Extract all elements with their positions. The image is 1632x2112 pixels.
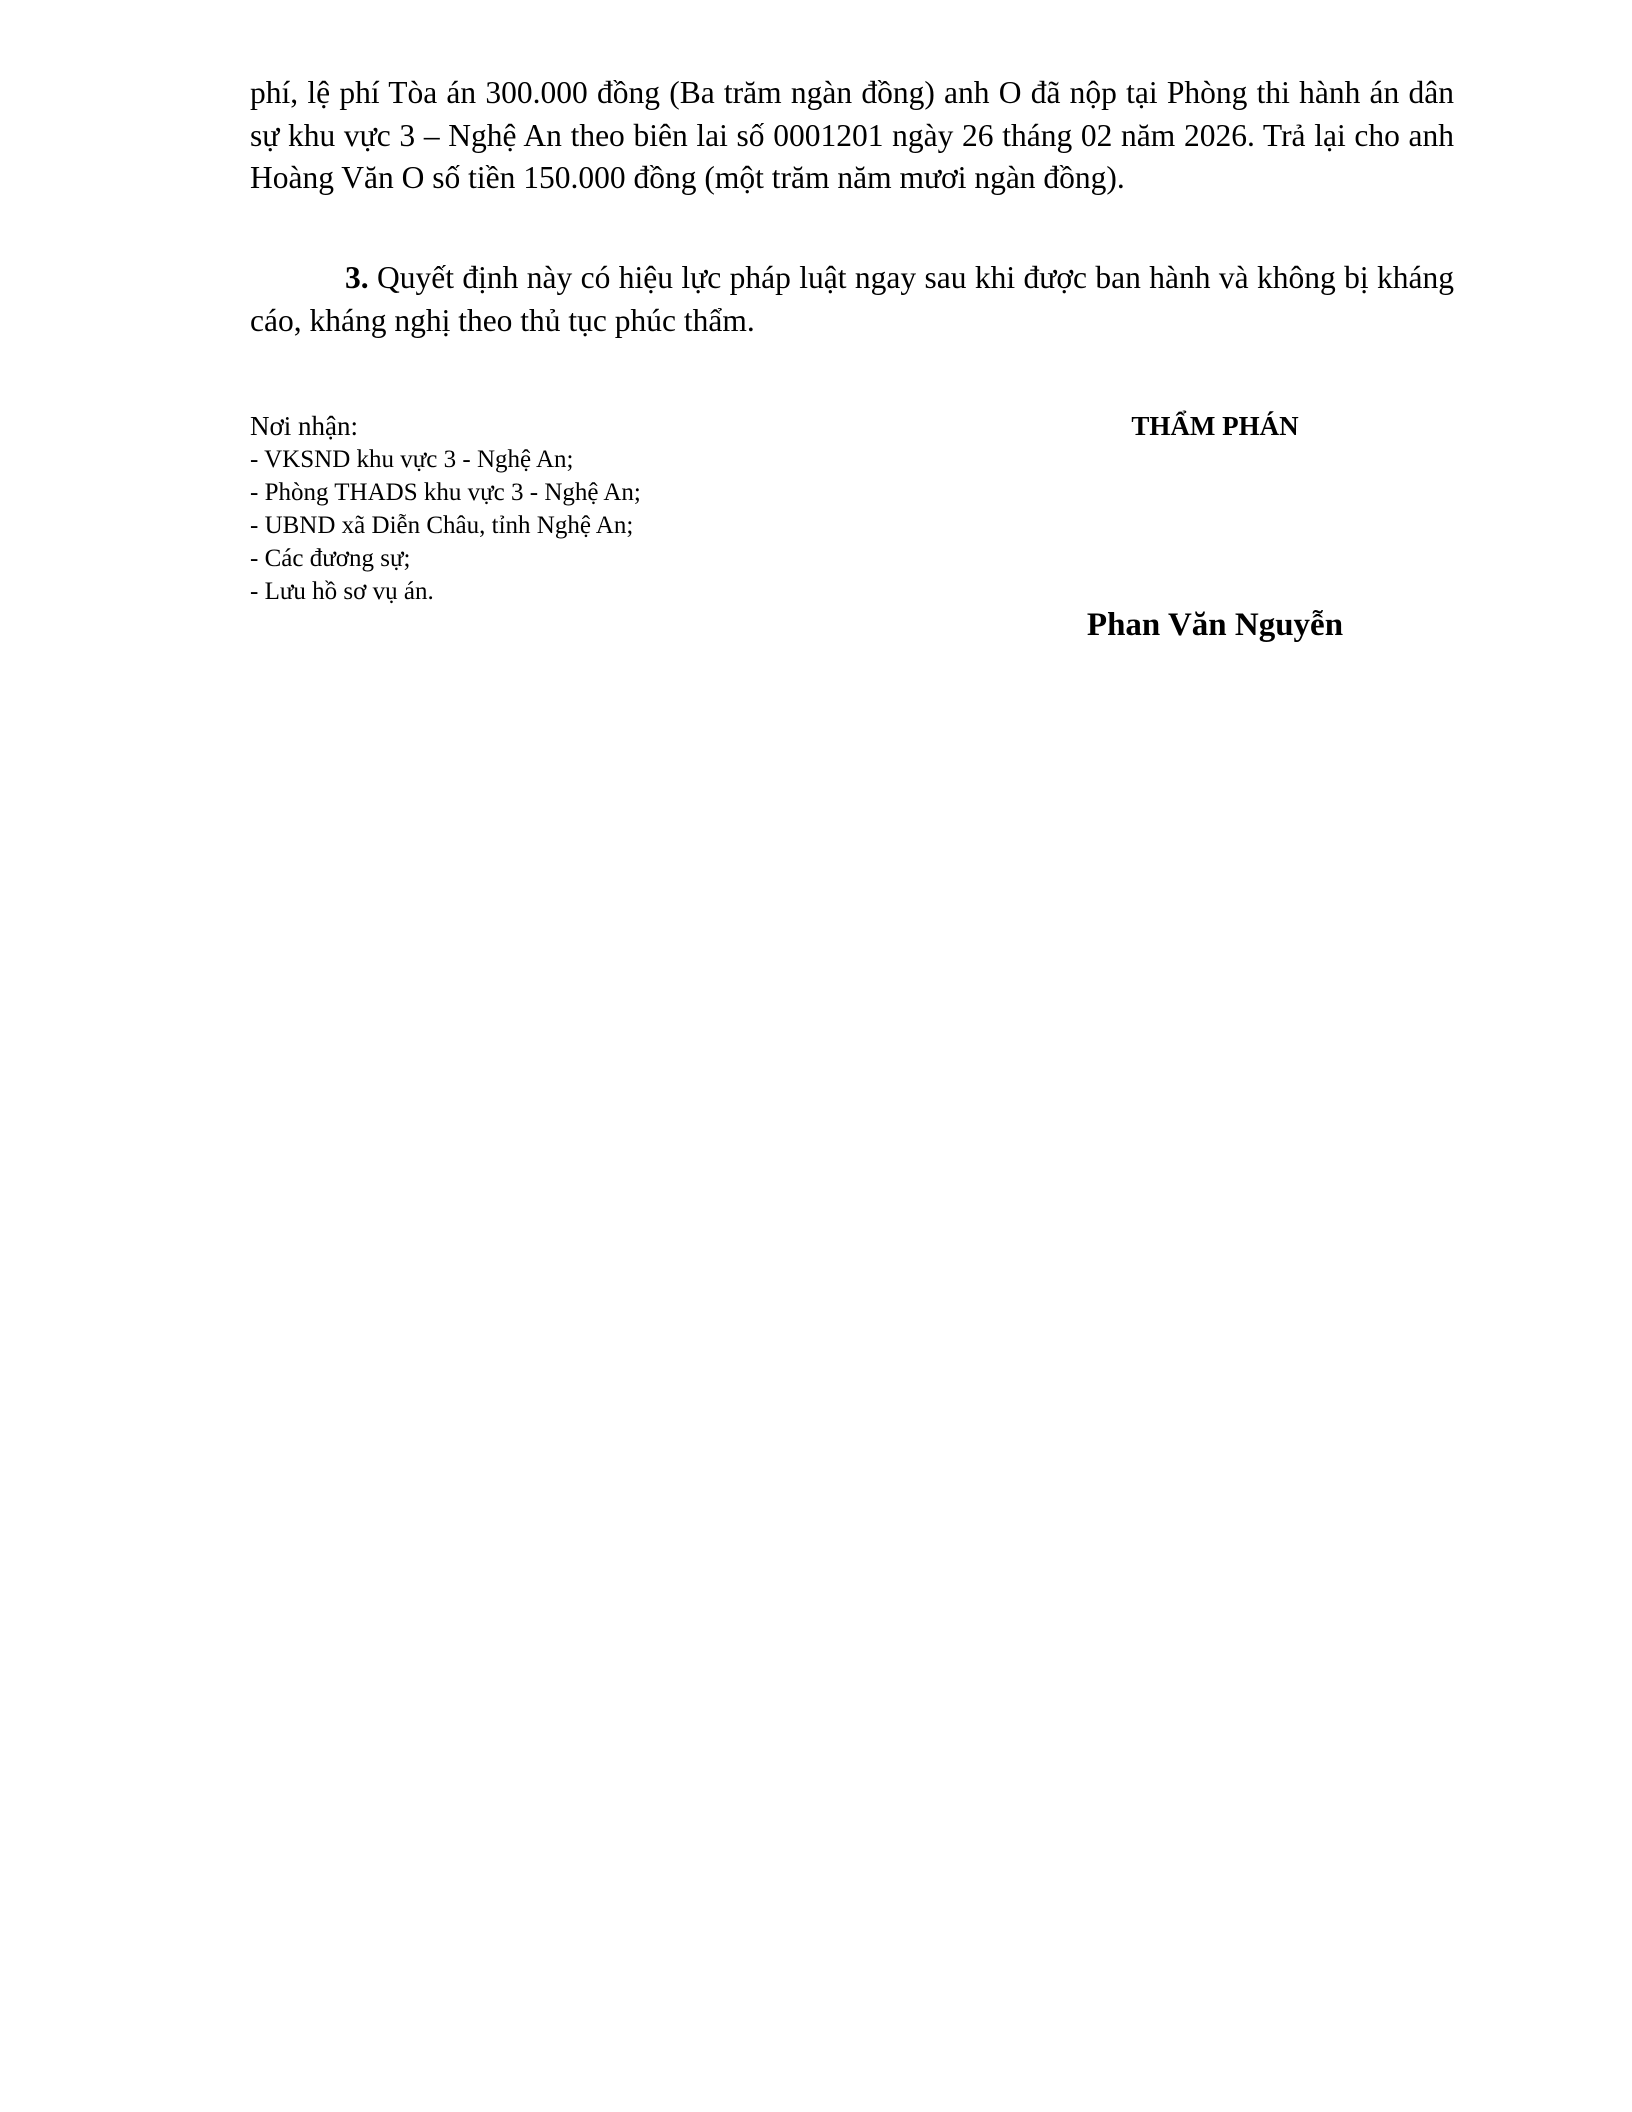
paragraph-effectiveness: 3. Quyết định này có hiệu lực pháp luật … [250,257,1454,342]
recipients-block: Nơi nhận: - VKSND khu vực 3 - Nghệ An; -… [250,409,810,608]
signer-name: Phan Văn Nguyễn [1015,605,1415,645]
recipient-item: - VKSND khu vực 3 - Nghệ An; [250,443,810,476]
recipient-item: - Lưu hồ sơ vụ án. [250,575,810,608]
document-page: phí, lệ phí Tòa án 300.000 đồng (Ba trăm… [0,0,1632,2112]
signer-title: THẨM PHÁN [1015,409,1415,443]
paragraph-court-fee-refund: phí, lệ phí Tòa án 300.000 đồng (Ba trăm… [250,72,1454,200]
paragraph-text: Quyết định này có hiệu lực pháp luật nga… [250,260,1454,338]
signature-block: THẨM PHÁN Phan Văn Nguyễn [1015,409,1415,645]
recipient-item: - Phòng THADS khu vực 3 - Nghệ An; [250,476,810,509]
recipients-list: - VKSND khu vực 3 - Nghệ An; - Phòng THA… [250,443,810,608]
recipients-label: Nơi nhận: [250,409,810,443]
recipient-item: - Các đương sự; [250,542,810,575]
recipient-item: - UBND xã Diễn Châu, tỉnh Nghệ An; [250,509,810,542]
paragraph-number: 3. [345,260,369,295]
